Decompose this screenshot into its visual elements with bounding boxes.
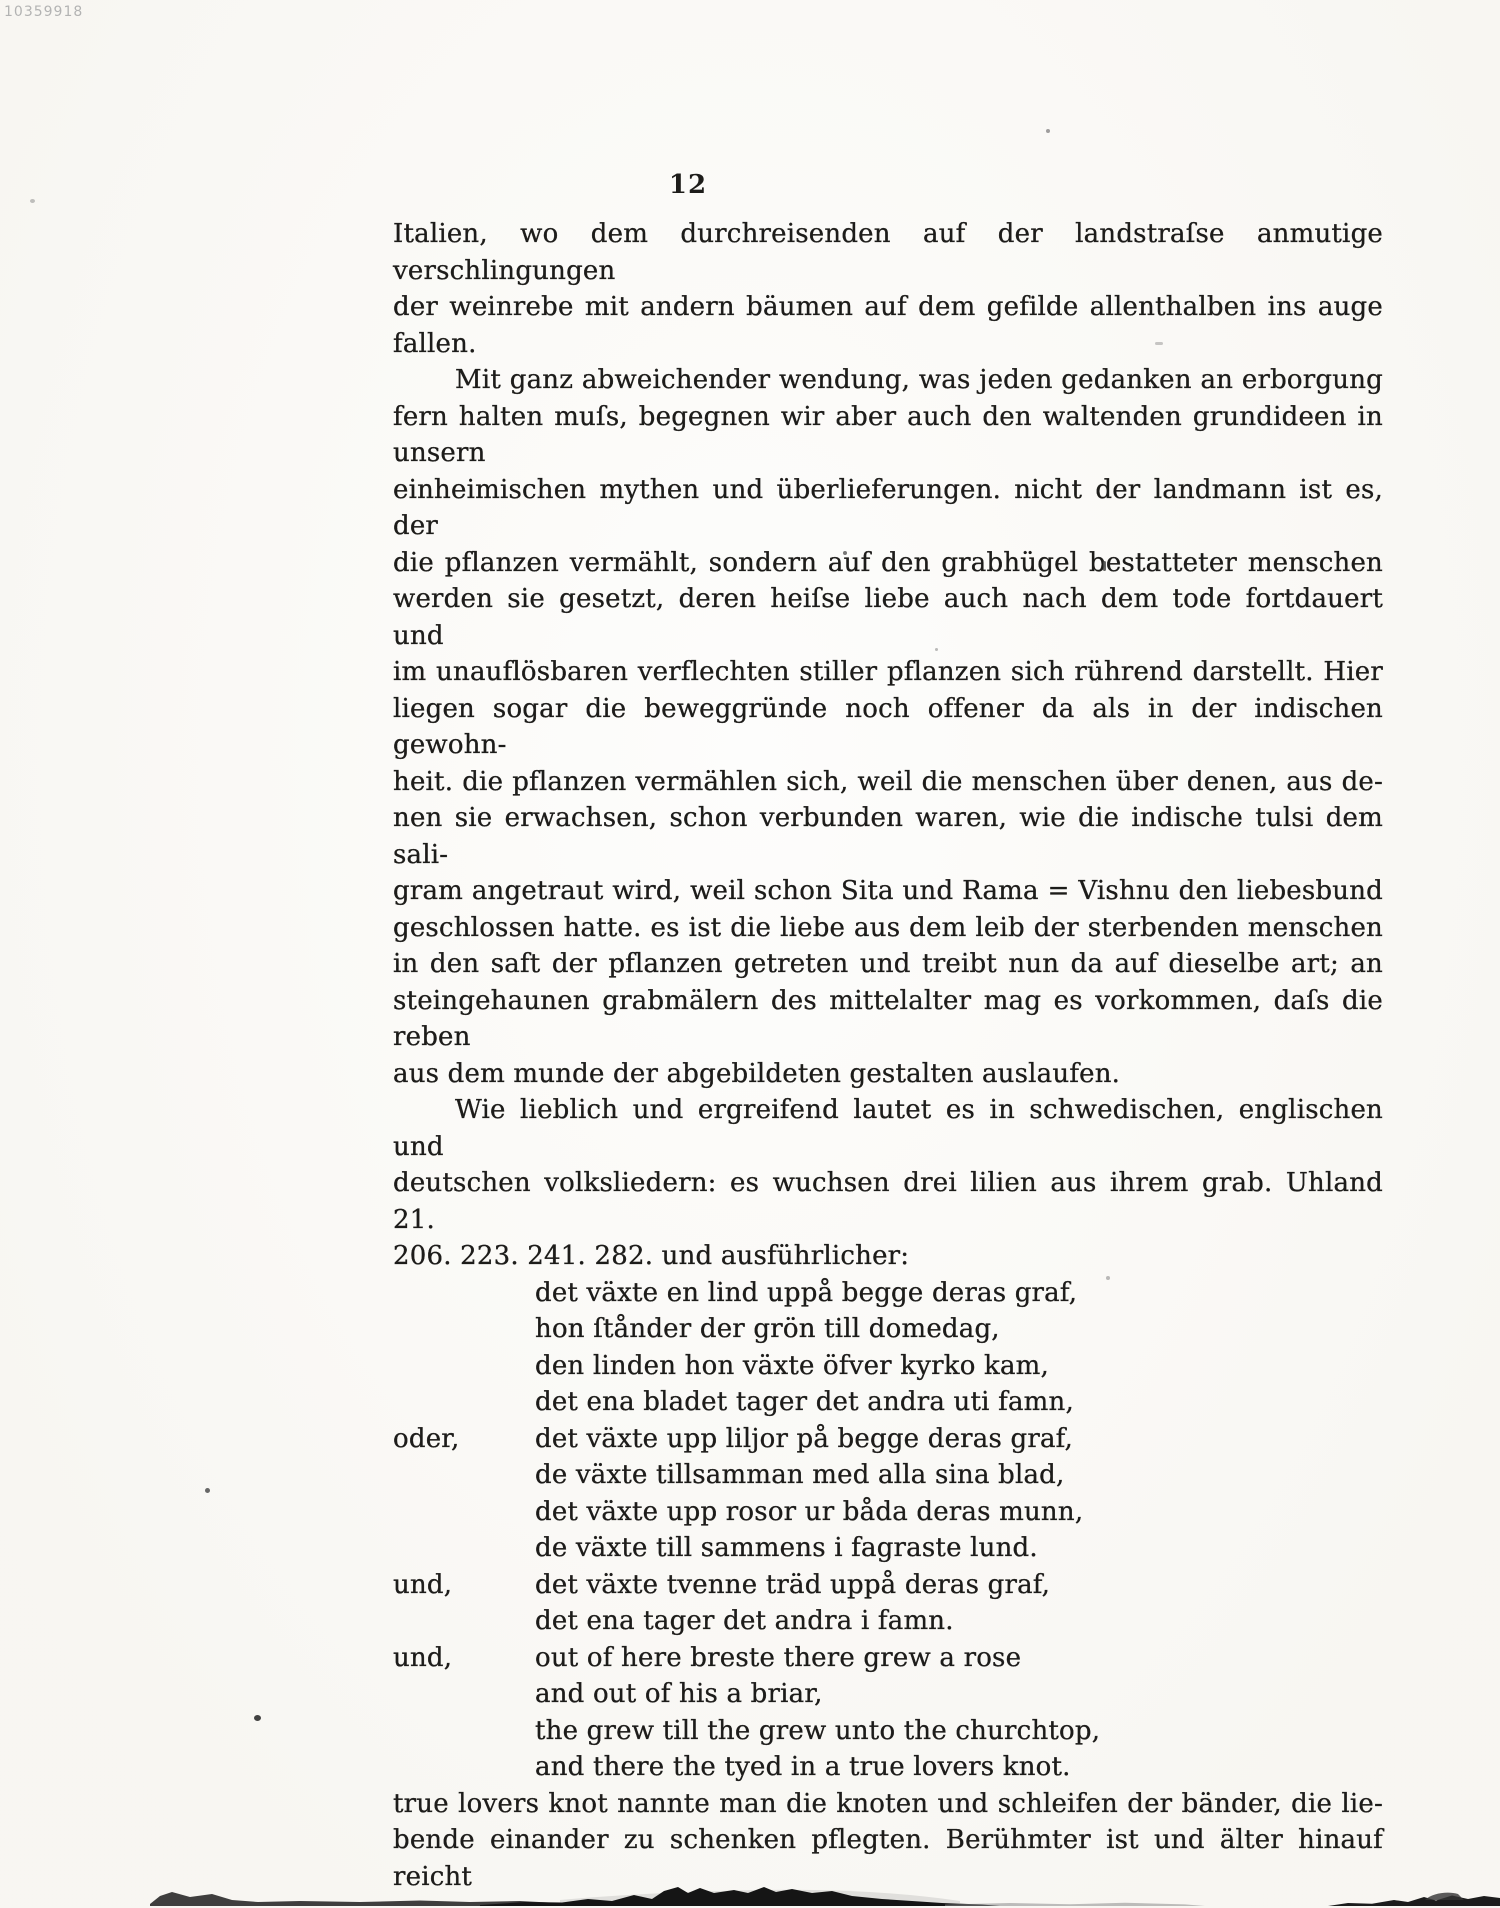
verse-line: det växte en lind uppå begge deras graf, [393, 1275, 1383, 1312]
verse-text: den linden hon växte öfver kyrko kam, [535, 1348, 1049, 1385]
verse-text: de växte till sammens i fagraste lund. [535, 1530, 1038, 1567]
verse-text: det växte upp rosor ur båda deras munn, [535, 1494, 1083, 1531]
verse-line: den linden hon växte öfver kyrko kam, [393, 1348, 1383, 1385]
verse-line: det växte upp rosor ur båda deras munn, [393, 1494, 1383, 1531]
verse-connector-label: und, [393, 1567, 535, 1604]
body-line: einheimischen mythen und überlieferungen… [393, 472, 1383, 545]
body-line: 206. 223. 241. 282. und ausführlicher: [393, 1238, 1383, 1275]
body-line: der weinrebe mit andern bäumen auf dem g… [393, 289, 1383, 362]
verse-connector-label [393, 1275, 535, 1312]
verse-line: the grew till the grew unto the churchto… [393, 1713, 1383, 1750]
body-line: gram angetraut wird, weil schon Sita und… [393, 873, 1383, 910]
body-line: Wie lieblich und ergreifend lautet es in… [393, 1092, 1383, 1165]
closing-line: true lovers knot nannte man die knoten u… [393, 1786, 1383, 1823]
verse-line: det ena tager det andra i famn. [393, 1603, 1383, 1640]
verse-connector-label [393, 1457, 535, 1494]
scan-id: 10359918 [4, 4, 83, 20]
ink-speck [30, 199, 35, 203]
body-line: im unauflösbaren verflechten stiller pfl… [393, 654, 1383, 691]
verse-text: and out of his a briar, [535, 1676, 823, 1713]
verse-line: and out of his a briar, [393, 1676, 1383, 1713]
verse-text: det ena tager det andra i famn. [535, 1603, 954, 1640]
verse-text: det växte upp liljor på begge deras graf… [535, 1421, 1073, 1458]
verse-line: und, out of here breste there grew a ros… [393, 1640, 1383, 1677]
body-line: Mit ganz abweichender wendung, was jeden… [393, 362, 1383, 399]
verse-text: de växte tillsamman med alla sina blad, [535, 1457, 1065, 1494]
verse-connector-label [393, 1603, 535, 1640]
verse-connector-label [393, 1494, 535, 1531]
ink-speck [1046, 129, 1050, 133]
verse-connector-label [393, 1311, 535, 1348]
text-block: Italien, wo dem durchreisenden auf der l… [393, 216, 1383, 1895]
verse-connector-label [393, 1676, 535, 1713]
ink-speck [935, 648, 938, 651]
verse-line: de växte till sammens i fagraste lund. [393, 1530, 1383, 1567]
body-line: Italien, wo dem durchreisenden auf der l… [393, 216, 1383, 289]
verse-text: det växte tvenne träd uppå deras graf, [535, 1567, 1050, 1604]
body-line: die pflanzen vermählt, sondern auf den g… [393, 545, 1383, 582]
ink-speck [1106, 1276, 1110, 1280]
verse-connector-label [393, 1384, 535, 1421]
body-line: geschlossen hatte. es ist die liebe aus … [393, 910, 1383, 947]
ink-speck [254, 1715, 261, 1721]
verse-connector-label [393, 1749, 535, 1786]
verse-line: und, det växte tvenne träd uppå deras gr… [393, 1567, 1383, 1604]
verse-line: hon ſtånder der grön till domedag, [393, 1311, 1383, 1348]
body-line: werden sie gesetzt, deren heiſse liebe a… [393, 581, 1383, 654]
verse-text: det ena bladet tager det andra uti famn, [535, 1384, 1074, 1421]
ink-speck [843, 551, 847, 555]
scan-edge-artifact [0, 1856, 1500, 1908]
verse-line: oder, det växte upp liljor på begge dera… [393, 1421, 1383, 1458]
ink-speck [1103, 561, 1106, 571]
verse-text: the grew till the grew unto the churchto… [535, 1713, 1100, 1750]
verse-connector-label [393, 1530, 535, 1567]
body-line: nen sie erwachsen, schon verbunden waren… [393, 800, 1383, 873]
verse-line: det ena bladet tager det andra uti famn, [393, 1384, 1383, 1421]
body-line: in den saft der pflanzen getreten und tr… [393, 946, 1383, 983]
page-number: 12 [669, 170, 707, 200]
verse-line: and there the tyed in a true lovers knot… [393, 1749, 1383, 1786]
verse-text: and there the tyed in a true lovers knot… [535, 1749, 1071, 1786]
verse-connector-label: oder, [393, 1421, 535, 1458]
body-line: fern halten muſs, begegnen wir aber auch… [393, 399, 1383, 472]
verse-text: out of here breste there grew a rose [535, 1640, 1021, 1677]
verse-connector-label [393, 1348, 535, 1385]
verse-line: de växte tillsamman med alla sina blad, [393, 1457, 1383, 1494]
body-line: steingehaunen grabmälern des mittelalter… [393, 983, 1383, 1056]
verse-connector-label [393, 1713, 535, 1750]
verse-connector-label: und, [393, 1640, 535, 1677]
body-line: heit. die pflanzen vermählen sich, weil … [393, 764, 1383, 801]
ink-speck [205, 1488, 210, 1493]
ink-speck [1155, 342, 1163, 345]
body-line: aus dem munde der abgebildeten gestalten… [393, 1056, 1383, 1093]
book-page: 10359918 12 Italien, wo dem durchreisend… [0, 0, 1500, 1908]
body-line: deutschen volksliedern: es wuchsen drei … [393, 1165, 1383, 1238]
verse-text: det växte en lind uppå begge deras graf, [535, 1275, 1077, 1312]
body-line: liegen sogar die beweggründe noch offene… [393, 691, 1383, 764]
verse-text: hon ſtånder der grön till domedag, [535, 1311, 1000, 1348]
